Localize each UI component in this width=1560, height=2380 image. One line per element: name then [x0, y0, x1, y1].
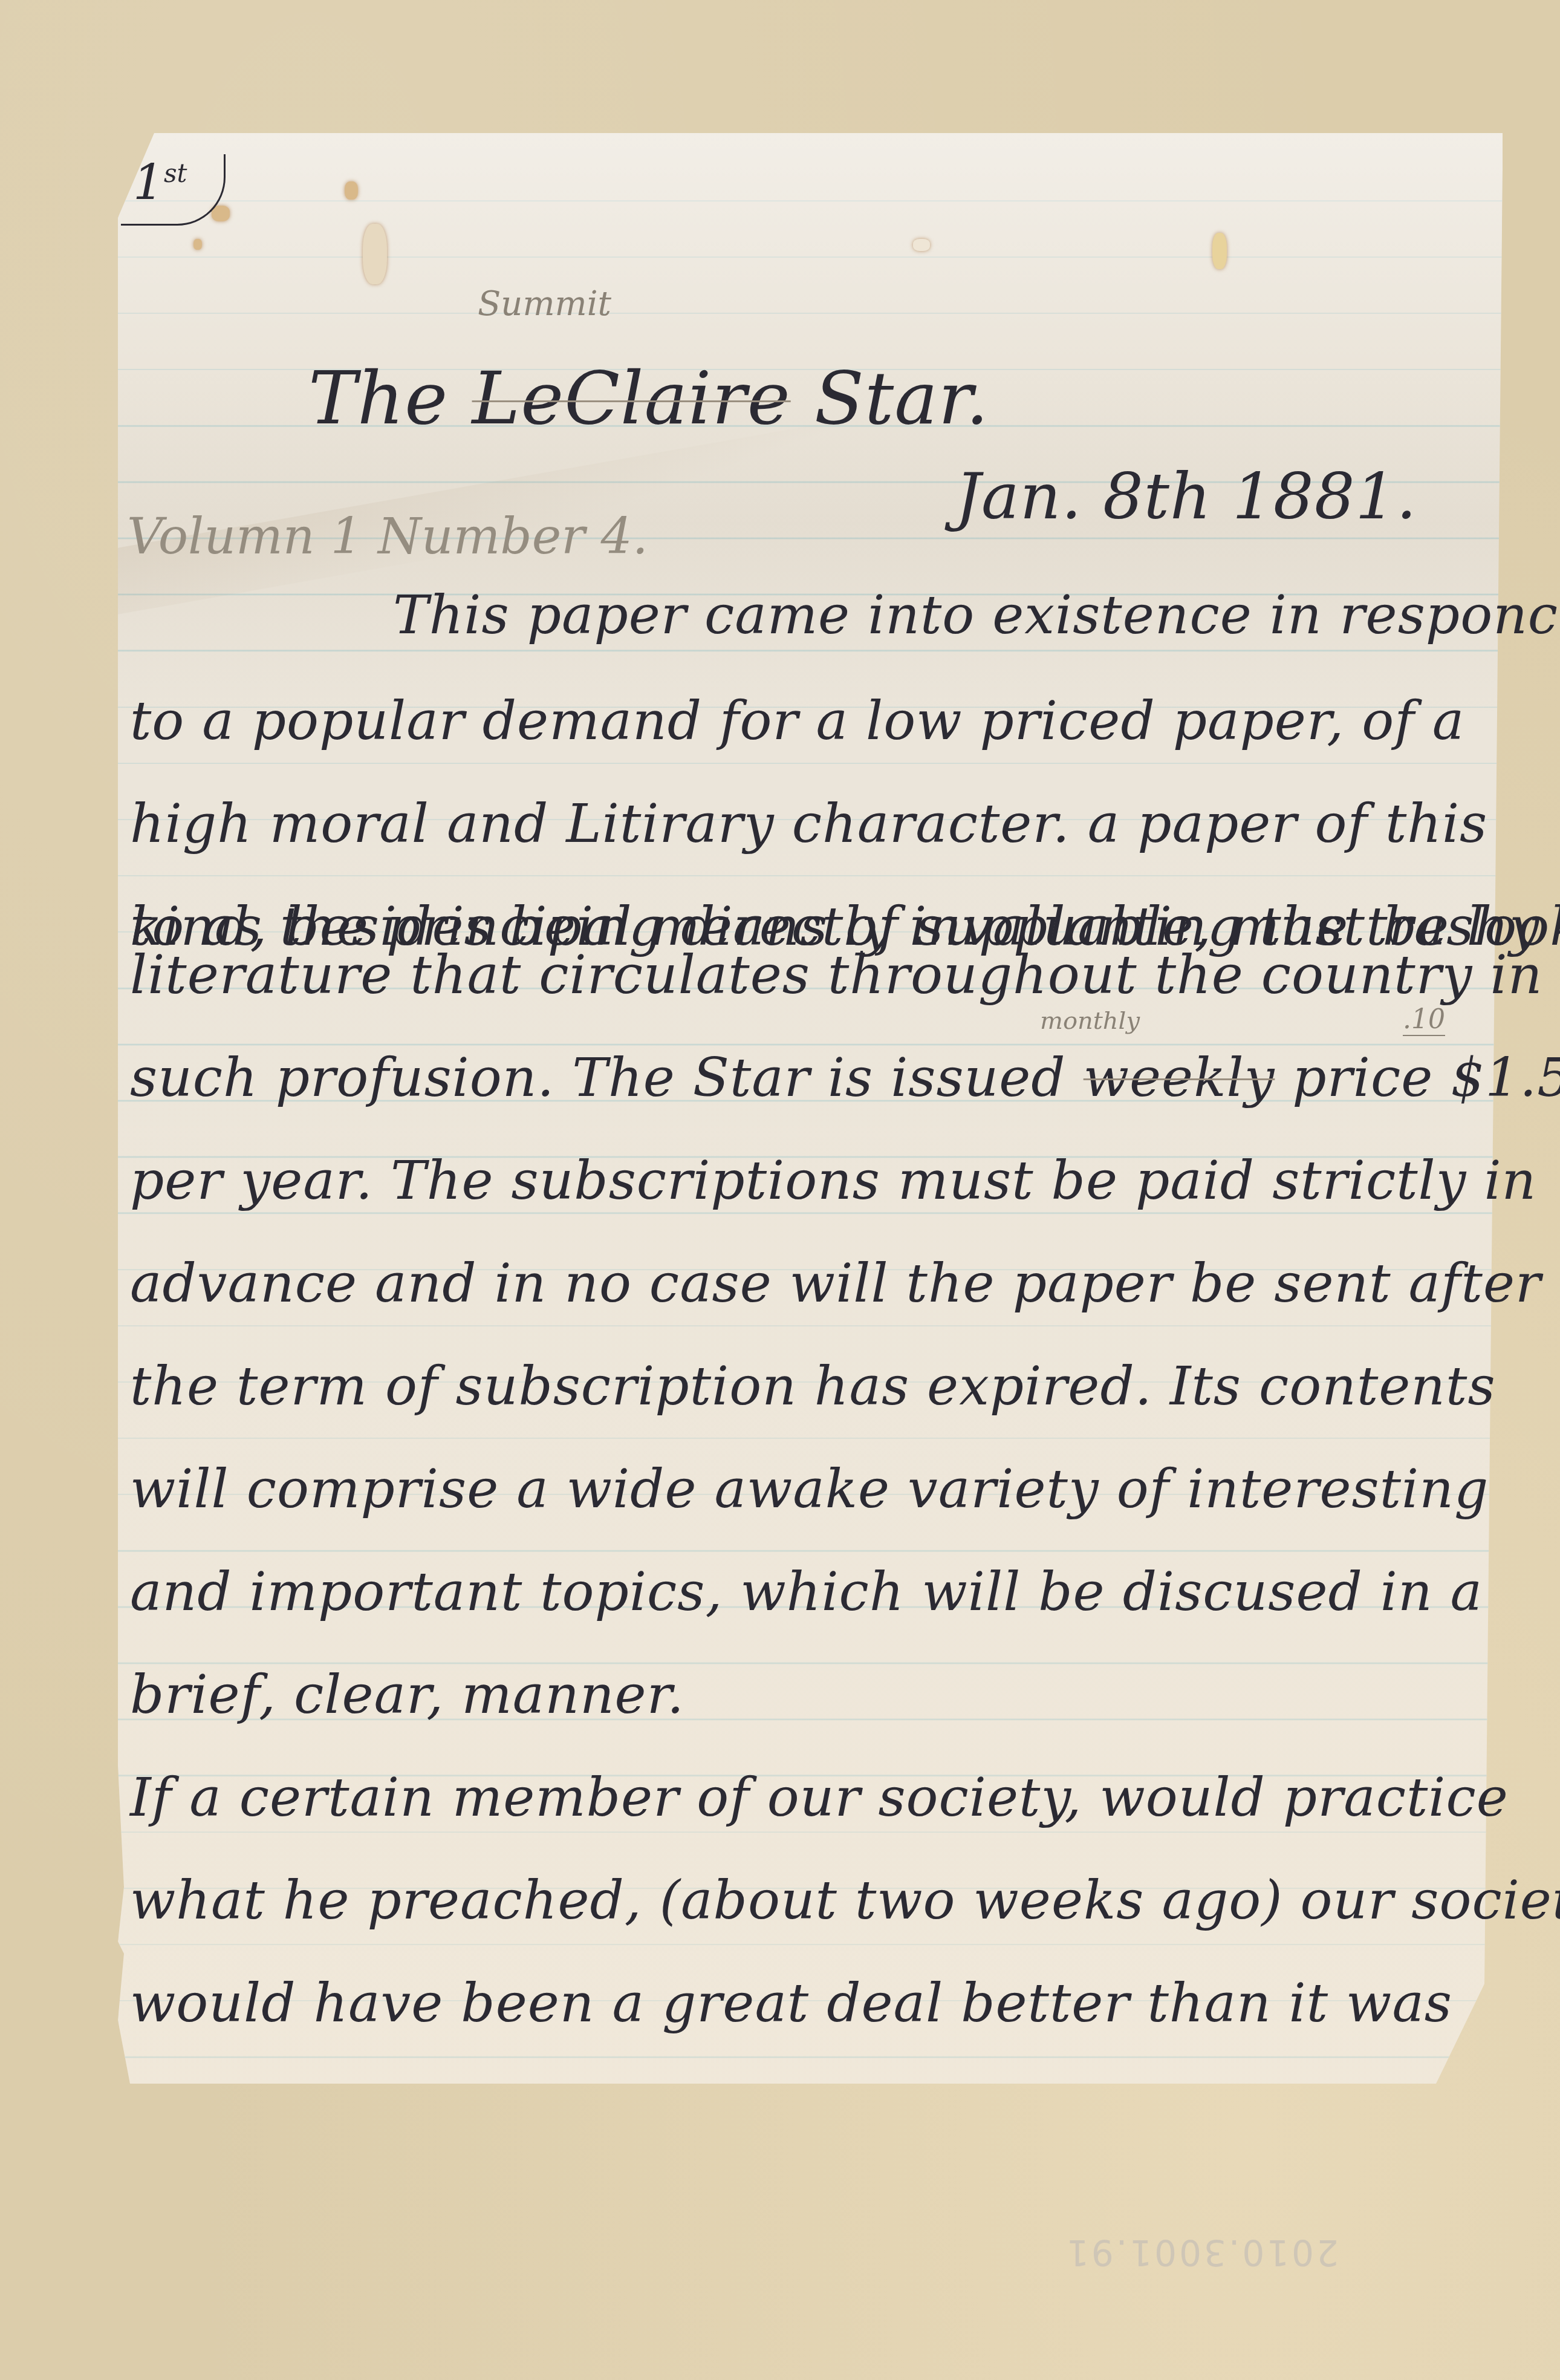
issue-date: Jan. 8th 1881.	[955, 460, 1417, 533]
paper-hole	[193, 239, 202, 250]
volume-number: Volumn 1 Number 4.	[127, 508, 648, 566]
page-number: 1	[133, 154, 164, 210]
paragraph-2-line: would have been a great deal better than…	[130, 1972, 1452, 2034]
title-prefix: The	[308, 357, 448, 441]
paper-hole	[913, 239, 930, 251]
price-label: price	[1292, 1046, 1433, 1109]
frequency-insertion: monthly	[1040, 1007, 1140, 1035]
archive-catalog-number: 2010.3001.91	[1064, 2232, 1339, 2273]
paragraph-1-line: the term of subscription has expired. It…	[130, 1355, 1496, 1417]
paragraph-1-line: and important topics, which will be disc…	[130, 1560, 1483, 1623]
paragraph-1-line: per year. The subscriptions must be paid…	[130, 1149, 1536, 1211]
page-number-suffix: st	[164, 158, 187, 188]
paper-hole	[345, 181, 358, 200]
price-correction: .10	[1403, 1004, 1445, 1036]
issue-frequency-text: such profusion. The Star is issued	[130, 1046, 1066, 1109]
title-insertion: Summit	[478, 284, 611, 324]
paragraph-2-line: If a certain member of our society, woul…	[130, 1766, 1509, 1828]
paragraph-1-line: advance and in no case will the paper be…	[130, 1252, 1541, 1314]
paragraph-1-line: literature that circulates throughout th…	[130, 944, 1542, 1006]
paragraph-1-line: brief, clear, manner.	[130, 1663, 684, 1726]
title-suffix: Star.	[814, 357, 989, 441]
paragraph-1-line: high moral and Litirary character. a pap…	[130, 792, 1487, 855]
paragraph-1-line: will comprise a wide awake variety of in…	[130, 1458, 1489, 1520]
paragraph-1-line: to a popular demand for a low priced pap…	[130, 690, 1464, 752]
paragraph-2-line: what he preached, (about two weeks ago) …	[130, 1869, 1560, 1931]
paper-hole	[363, 224, 387, 284]
newspaper-title: The LeClaire Star.	[308, 357, 989, 441]
title-struck-word: LeClaire	[472, 357, 791, 441]
price-value: $1.50	[1451, 1046, 1560, 1109]
struck-frequency: weekly	[1084, 1046, 1275, 1109]
paper-hole	[1212, 233, 1227, 269]
paragraph-1-line-with-edits: such profusion. The Star is issued weekl…	[130, 1046, 1560, 1109]
paragraph-1-line: This paper came into existence in respon…	[393, 584, 1560, 646]
